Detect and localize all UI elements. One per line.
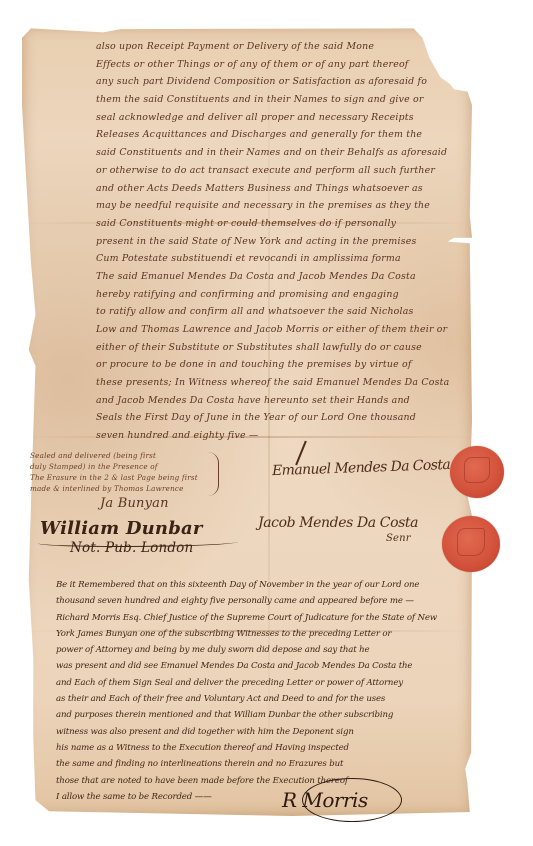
text-line: York James Bunyan one of the subscribing… (56, 626, 474, 642)
text-line: said Constituents might or could themsel… (96, 215, 462, 233)
text-line: these presents; In Witness whereof the s… (96, 374, 462, 392)
text-line: The Erasure in the 2 & last Page being f… (30, 472, 215, 483)
signature-jacob-mendes-da-costa: Jacob Mendes Da Costa (258, 515, 418, 531)
text-line: his name as a Witness to the Execution t… (56, 740, 474, 756)
text-line: them the said Constituents and in their … (96, 91, 462, 109)
text-line: the same and finding no interlineations … (56, 756, 474, 772)
text-line: or otherwise to do act transact execute … (96, 162, 462, 180)
text-line: and other Acts Deeds Matters Business an… (96, 180, 462, 198)
text-line: also upon Receipt Payment or Delivery of… (96, 38, 462, 56)
power-of-attorney-text: also upon Receipt Payment or Delivery of… (96, 38, 462, 445)
text-line: as their and Each of their free and Volu… (56, 691, 474, 707)
text-line: Releases Acquittances and Discharges and… (96, 126, 462, 144)
wax-seal-icon (450, 446, 504, 498)
brace-mark (208, 452, 219, 496)
text-line: and purposes therein mentioned and that … (56, 707, 474, 723)
wax-seal-icon (442, 516, 500, 572)
text-line: Cum Potestate substituendi et revocandi … (96, 250, 462, 268)
text-line: power of Attorney and being by me duly s… (56, 642, 474, 658)
text-line: made & interlined by Thomas Lawrence (30, 483, 215, 494)
signature-r-morris: R Morris (282, 788, 368, 812)
text-line: seal acknowledge and deliver all proper … (96, 109, 462, 127)
text-line: may be needful requisite and necessary i… (96, 197, 462, 215)
text-line: or procure to be done in and touching th… (96, 356, 462, 374)
text-line: witness was also present and did togethe… (56, 724, 474, 740)
text-line: either of their Substitute or Substitute… (96, 339, 462, 357)
witness-signature-dunbar: William Dunbar (40, 518, 203, 539)
text-line: any such part Dividend Composition or Sa… (96, 73, 462, 91)
witness-signature-bunyan: Ja Bunyan (100, 496, 169, 511)
text-line: and Each of them Sign Seal and deliver t… (56, 675, 474, 691)
sealed-and-delivered-note: Sealed and delivered (being first duly S… (30, 450, 215, 494)
text-line: Richard Morris Esq. Chief Justice of the… (56, 610, 474, 626)
text-line: hereby ratifying and confirming and prom… (96, 286, 462, 304)
text-line: said Constituents and in their Names and… (96, 144, 462, 162)
text-line: Sealed and delivered (being first (30, 450, 215, 461)
text-line: duly Stamped) in the Presence of (30, 461, 215, 472)
text-line: I allow the same to be Recorded —— (56, 789, 474, 805)
notary-title: Not. Pub. London (70, 540, 193, 556)
text-line: Effects or other Things or of any of the… (96, 56, 462, 74)
text-line: Be it Remembered that on this sixteenth … (56, 577, 474, 593)
text-line: thousand seven hundred and eighty five p… (56, 593, 474, 609)
signature-suffix: Senr (386, 533, 411, 544)
text-line: and Jacob Mendes Da Costa have hereunto … (96, 392, 462, 410)
text-line: to ratify allow and confirm all and what… (96, 303, 462, 321)
text-line: Low and Thomas Lawrence and Jacob Morris… (96, 321, 462, 339)
text-line: The said Emanuel Mendes Da Costa and Jac… (96, 268, 462, 286)
text-line: present in the said State of New York an… (96, 233, 462, 251)
text-line: seven hundred and eighty five — (96, 427, 462, 445)
text-line: Seals the First Day of June in the Year … (96, 409, 462, 427)
text-line: was present and did see Emanuel Mendes D… (56, 658, 474, 674)
affidavit-text: Be it Remembered that on this sixteenth … (56, 577, 474, 805)
text-line: those that are noted to have been made b… (56, 773, 474, 789)
